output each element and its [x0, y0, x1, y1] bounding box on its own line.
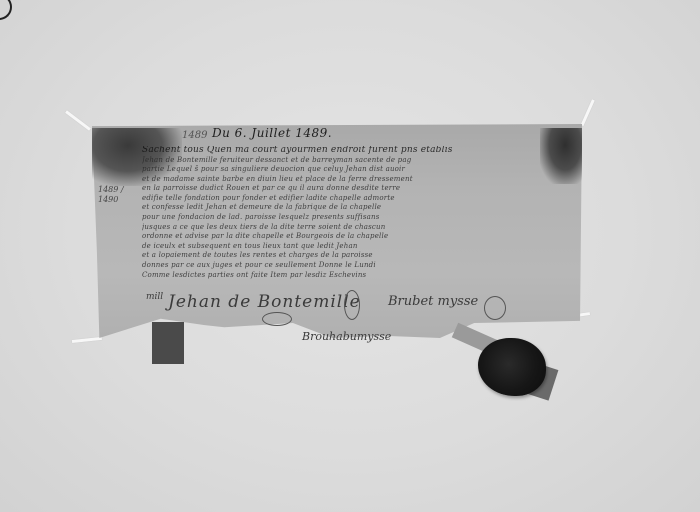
- text-line: Sachent tous Quen ma court ayourmen endr…: [142, 146, 578, 155]
- signature-flourish: [262, 312, 292, 326]
- text-line: donnes par ce aux juges et pour ce seull…: [142, 261, 578, 270]
- mounting-pin-top-right: [581, 99, 595, 126]
- text-line: de iceulx et subsequent en tous lieux ta…: [142, 242, 578, 251]
- parchment-tab: [152, 322, 184, 364]
- text-line: ordonne et advise par la dite chapelle e…: [142, 232, 578, 241]
- wax-seal: [478, 338, 546, 396]
- margin-year-annotation: 1489: [182, 130, 207, 141]
- text-line: edifie telle fondation pour fonder et ed…: [142, 194, 578, 203]
- charter-text: Sachent tous Quen ma court ayourmen endr…: [142, 146, 578, 286]
- text-line: Comme lesdictes parties ont faite Item p…: [142, 271, 578, 280]
- text-line: partie Lequel s̄ pour sa singuliere deuo…: [142, 165, 578, 174]
- document-date-header: Du 6. Juillet 1489.: [212, 126, 332, 140]
- margin-notes: 1489 / 1490: [98, 185, 128, 205]
- film-corner-mark: [0, 0, 12, 20]
- text-line: Jehan de Bontemille feruiteur dessanct e…: [142, 156, 578, 165]
- signature-second: Brubet mysse: [388, 294, 478, 309]
- signature-third: Brouhabumysse: [302, 330, 391, 343]
- mounting-pin-top-left: [65, 110, 91, 130]
- text-line: en la parroisse dudict Rouen et par ce q…: [142, 184, 578, 193]
- closing-word: mill: [146, 292, 163, 302]
- text-line: et a lopaiement de toutes les rentes et …: [142, 251, 578, 260]
- text-line: et de madame sainte barbe en diuin lieu …: [142, 175, 578, 184]
- signature-main: Jehan de Bontemille: [168, 292, 361, 312]
- signature-flourish: [484, 296, 506, 320]
- signature-flourish: [344, 290, 360, 320]
- text-line: pour une fondacion de lad. paroisse lesq…: [142, 213, 578, 222]
- text-line: et confesse ledit Jehan et demeure de la…: [142, 203, 578, 212]
- text-line: jusques a ce que les deux tiers de la di…: [142, 223, 578, 232]
- mounting-pin-bottom-left: [72, 337, 102, 343]
- archival-photograph: 1489 Du 6. Juillet 1489. 1489 / 1490 Sac…: [0, 0, 700, 512]
